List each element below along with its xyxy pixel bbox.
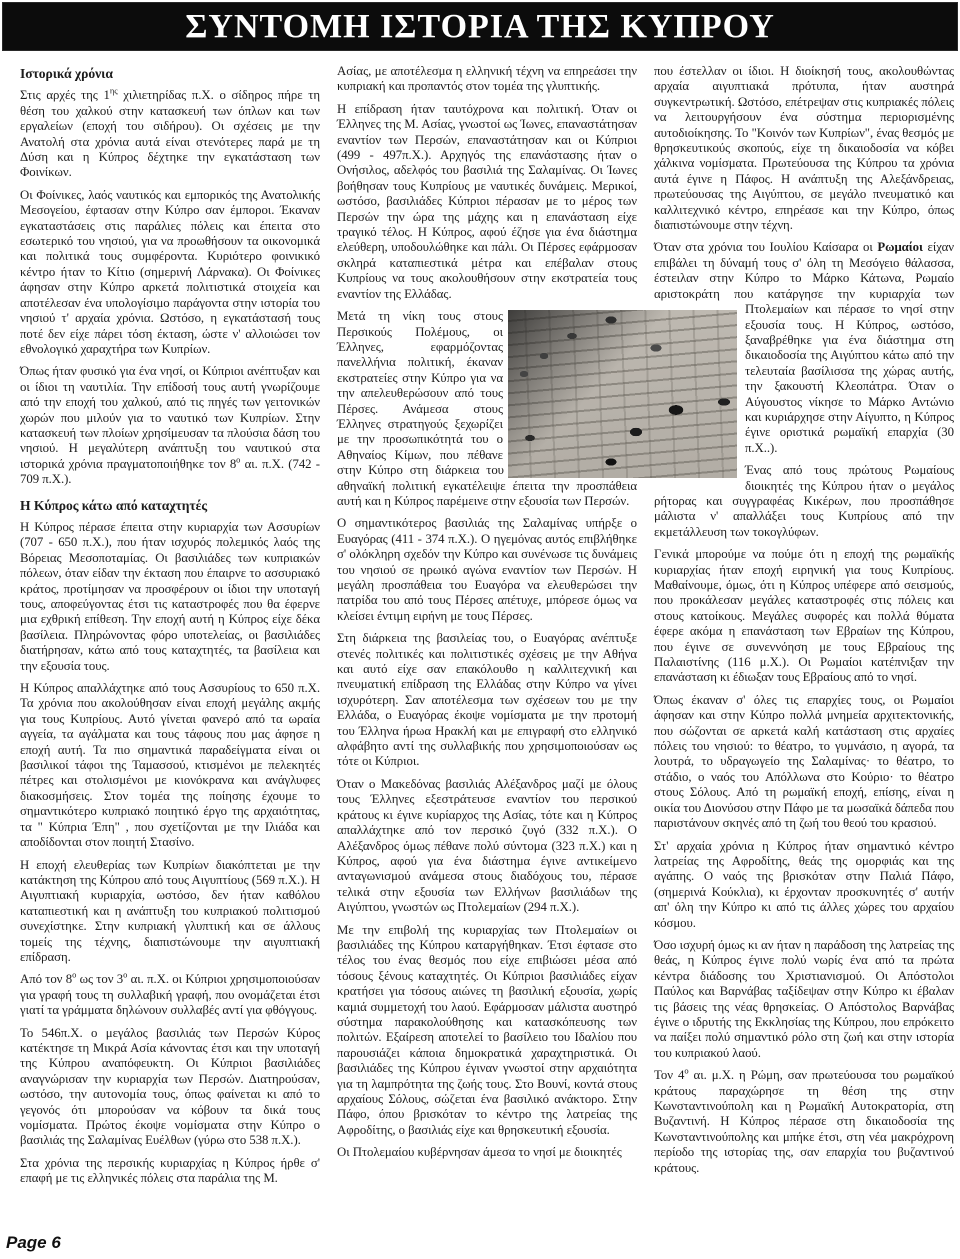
paragraph: Στις αρχές της 1ης χιλιετηρίδας π.Χ. ο σ… (20, 88, 320, 180)
paragraph: Ασίας, με αποτέλεσμα η ελληνική τέχνη να… (337, 64, 637, 95)
section-heading: Ιστορικά χρόνια (20, 66, 320, 81)
paragraph: Στα χρόνια της περσικής κυριαρχίας η Κύπ… (20, 1156, 320, 1187)
text-column-left: Ιστορικά χρόνιαΣτις αρχές της 1ης χιλιετ… (20, 64, 320, 1194)
text-column-middle: Ασίας, με αποτέλεσμα η ελληνική τέχνη να… (337, 64, 637, 1194)
paragraph: Οι Φοίνικες, λαός ναυτικός και εμπορικός… (20, 188, 320, 357)
paragraph: Η εποχή ελευθερίας των Κυπρίων διακόπτετ… (20, 858, 320, 966)
scanned-document-page: { "page": { "title": "ΣΥΝΤΟΜΗ ΙΣΤΟΡΙΑ ΤΗ… (0, 0, 960, 1259)
page-title: ΣΥΝΤΟΜΗ ΙΣΤΟΡΙΑ ΤΗΣ ΚΥΠΡΟΥ (185, 8, 775, 46)
paragraph: Ο σημαντικότερος βασιλιάς της Σαλαμίνας … (337, 516, 637, 624)
paragraph: Οι Πτολεμαίου κυβέρνησαν άμεσα το νησί μ… (337, 1145, 637, 1160)
section-heading: Η Κύπρος κάτω από καταχτητές (20, 498, 320, 513)
paragraph: Από τον 8ο ως τον 3ο αι. π.Χ. οι Κύπριοι… (20, 972, 320, 1018)
stone-wall-photo (508, 310, 737, 478)
paragraph: Όπως ήταν φυσικό για ένα νησί, οι Κύπριο… (20, 364, 320, 487)
article-columns: Ιστορικά χρόνιαΣτις αρχές της 1ης χιλιετ… (0, 51, 960, 1194)
paragraph: Γενικά μπορούμε να πούμε ότι η εποχή της… (654, 547, 954, 686)
paragraph: Με την επιβολή της κυριαρχίας των Πτολεμ… (337, 923, 637, 1139)
paragraph: Στη διάρκεια της βασιλείας του, ο Ευαγόρ… (337, 631, 637, 770)
paragraph: Η Κύπρος πέρασε έπειτα στην κυριαρχία τω… (20, 520, 320, 674)
paragraph: Το 546π.Χ. ο μεγάλος βασιλιάς των Περσών… (20, 1026, 320, 1149)
page-number: Page 6 (6, 1233, 61, 1253)
title-banner: ΣΥΝΤΟΜΗ ΙΣΤΟΡΙΑ ΤΗΣ ΚΥΠΡΟΥ (2, 2, 958, 51)
text-column-right: που έστελλαν οι ίδιοι. Η διοίκησή τους, … (654, 64, 954, 1194)
paragraph: Η Κύπρος απαλλάχτηκε από τους Ασσυρίους … (20, 681, 320, 850)
paragraph: Όταν ο Μακεδόνας βασιλιάς Αλέξανδρος μαζ… (337, 777, 637, 916)
paragraph: Όπως έκαναν σ' όλες τις επαρχίες τους, ο… (654, 693, 954, 832)
paragraph: Στ' αρχαία χρόνια η Κύπρος ήταν σημαντικ… (654, 839, 954, 931)
paragraph: Η επίδραση ήταν ταυτόχρονα και πολιτική.… (337, 102, 637, 302)
paragraph: που έστελλαν οι ίδιοι. Η διοίκησή τους, … (654, 64, 954, 233)
paragraph: Όσο ισχυρή όμως κι αν ήταν η παράδοση τη… (654, 938, 954, 1061)
paragraph: Τον 4ο αι. μ.Χ. η Ρώμη, σαν πρωτεύουσα τ… (654, 1068, 954, 1176)
